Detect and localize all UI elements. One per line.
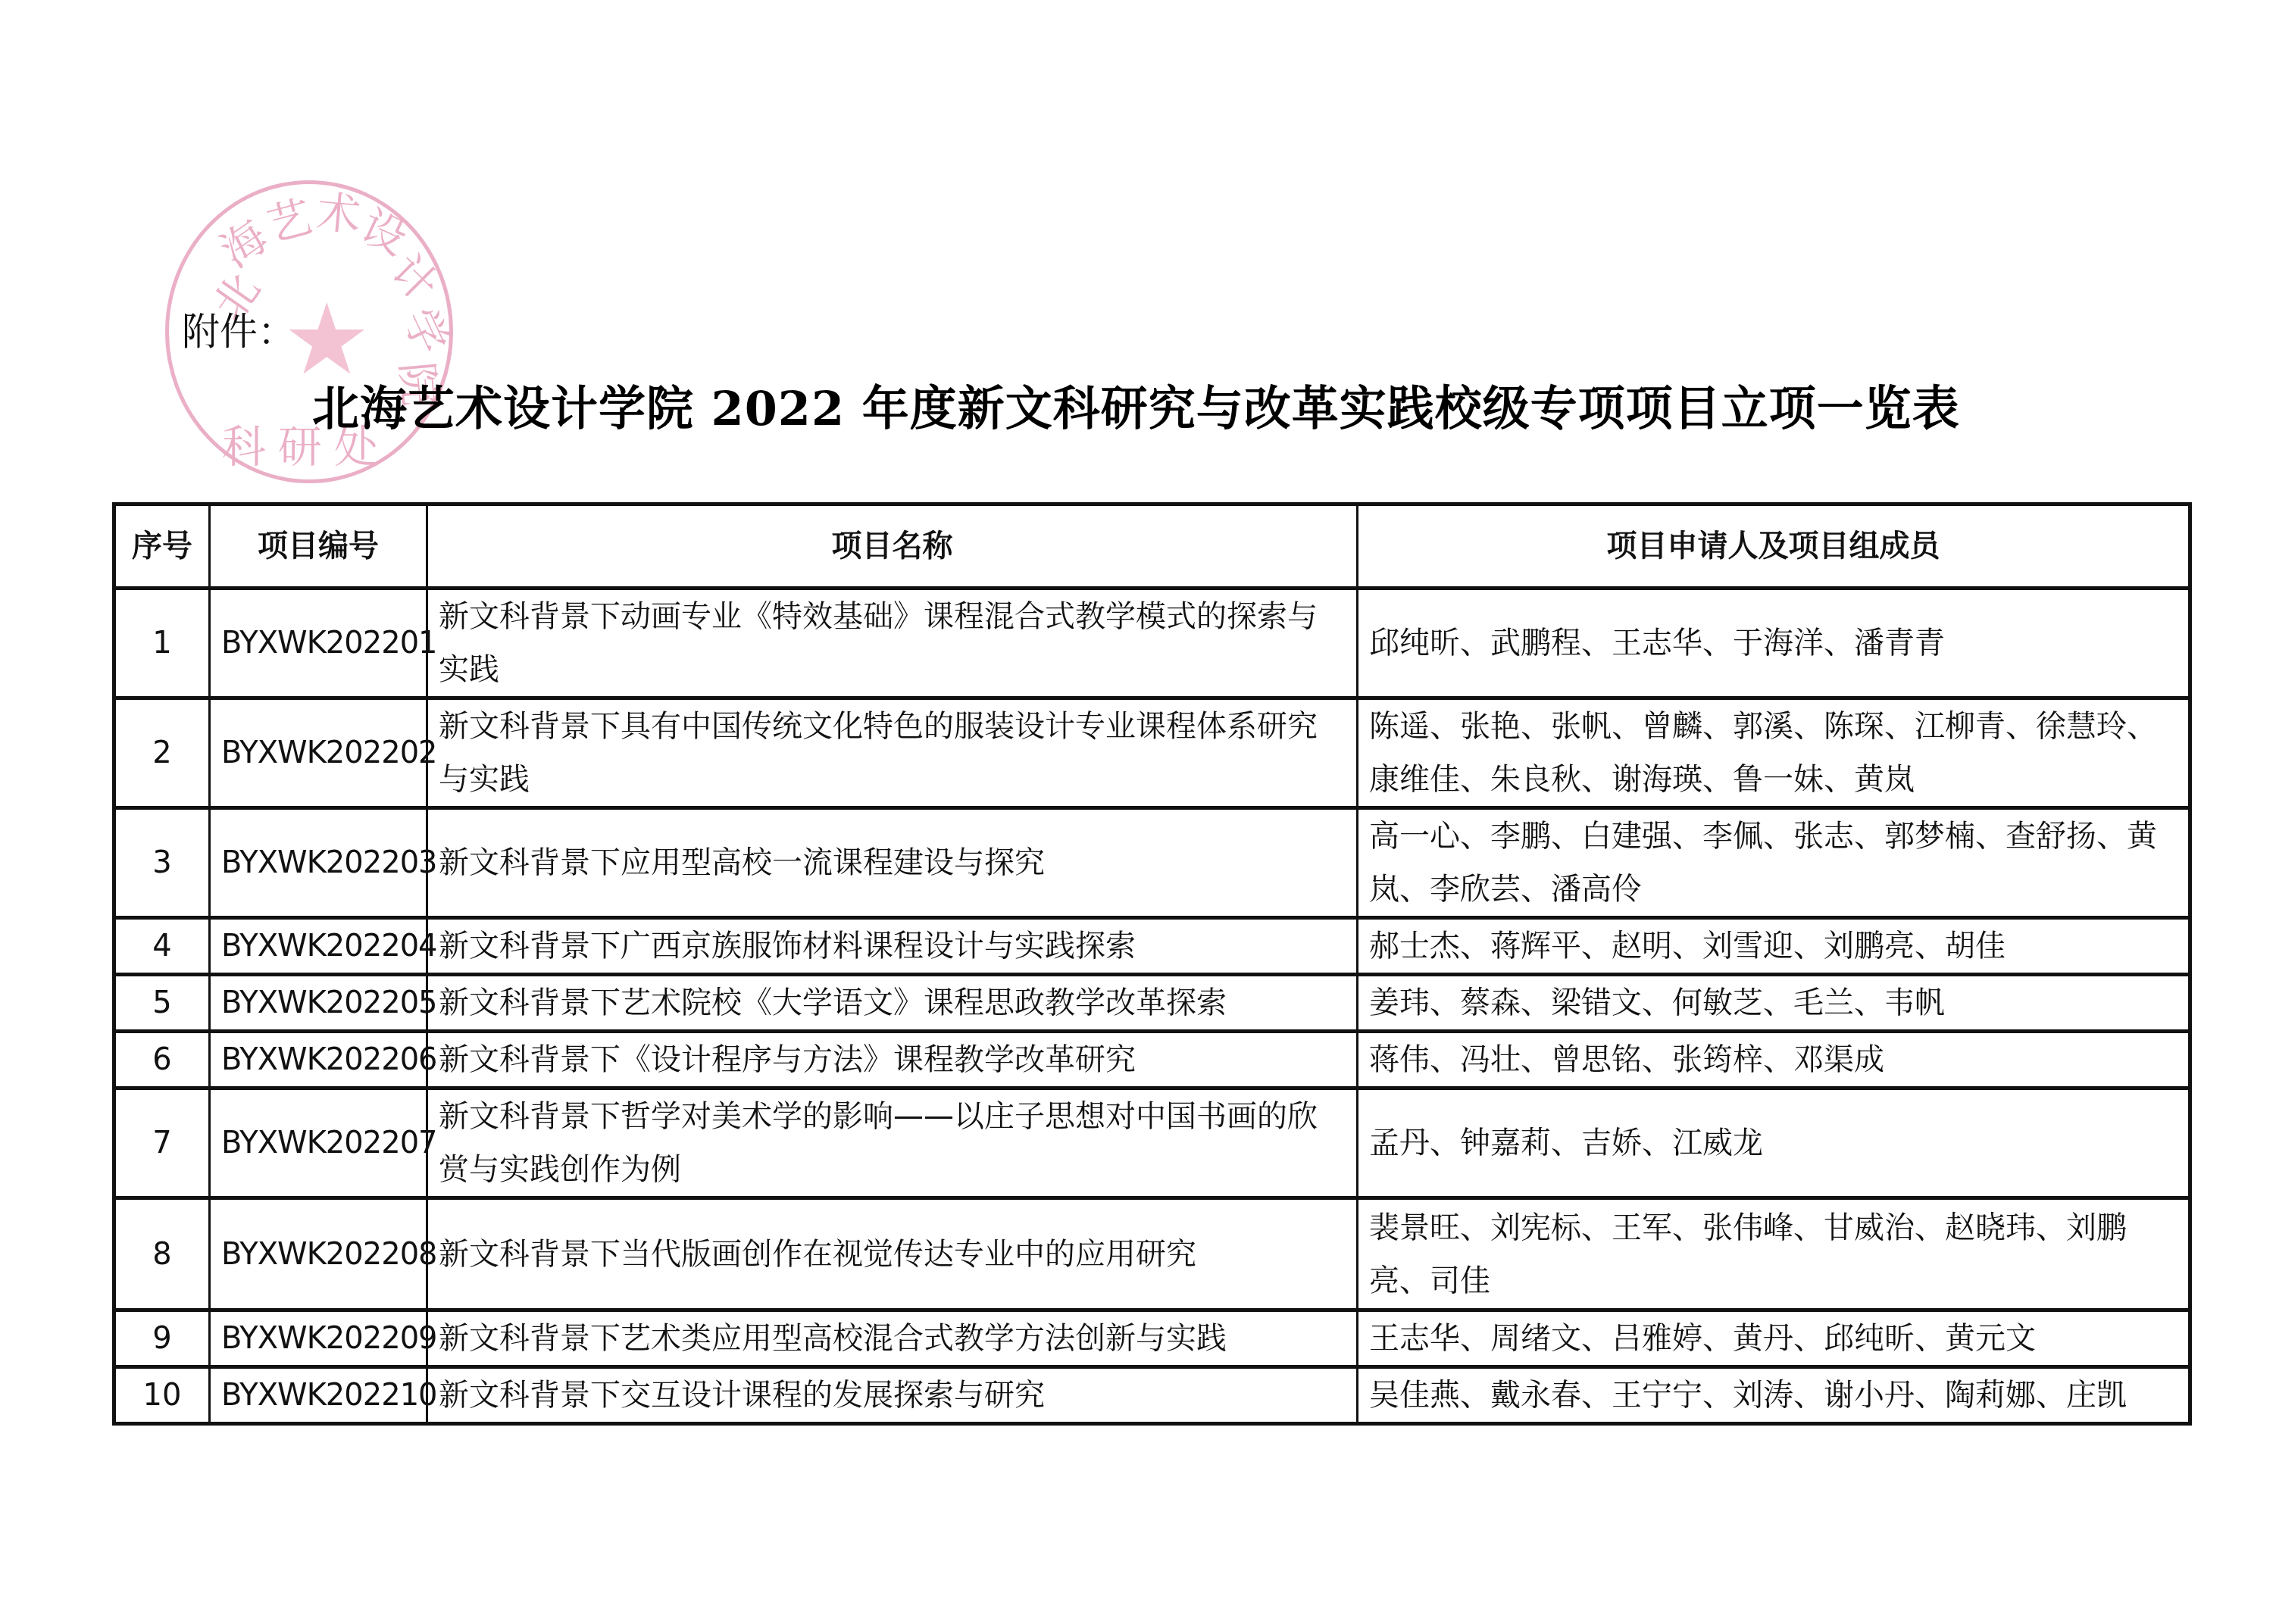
row-code: BYXWK202201: [210, 589, 427, 698]
table-row: 1 BYXWK202201 新文科背景下动画专业《特效基础》课程混合式教学模式的…: [114, 589, 2190, 698]
row-index: 10: [114, 1367, 210, 1424]
table-row: 5 BYXWK202205 新文科背景下艺术院校《大学语文》课程思政教学改革探索…: [114, 975, 2190, 1032]
table-row: 8 BYXWK202208 新文科背景下当代版画创作在视觉传达专业中的应用研究 …: [114, 1198, 2190, 1310]
row-members: 姜玮、蔡森、梁错文、何敏芝、毛兰、韦帆: [1358, 975, 2190, 1032]
table-row: 6 BYXWK202206 新文科背景下《设计程序与方法》课程教学改革研究 蒋伟…: [114, 1032, 2190, 1088]
row-code: BYXWK202207: [210, 1088, 427, 1198]
row-code: BYXWK202204: [210, 918, 427, 975]
row-members: 郝士杰、蒋辉平、赵明、刘雪迎、刘鹏亮、胡佳: [1358, 918, 2190, 975]
row-code: BYXWK202205: [210, 975, 427, 1032]
row-code: BYXWK202206: [210, 1032, 427, 1088]
row-index: 5: [114, 975, 210, 1032]
row-name: 新文科背景下哲学对美术学的影响——以庄子思想对中国书画的欣赏与实践创作为例: [427, 1088, 1358, 1198]
row-name: 新文科背景下交互设计课程的发展探索与研究: [427, 1367, 1358, 1424]
row-name: 新文科背景下应用型高校一流课程建设与探究: [427, 808, 1358, 918]
page-title: 北海艺术设计学院 2022 年度新文科研究与改革实践校级专项项目立项一览表: [312, 371, 1979, 439]
table-row: 4 BYXWK202204 新文科背景下广西京族服饰材料课程设计与实践探索 郝士…: [114, 918, 2190, 975]
row-name: 新文科背景下当代版画创作在视觉传达专业中的应用研究: [427, 1198, 1358, 1310]
row-members: 蒋伟、冯壮、曾思铭、张筠梓、邓渠成: [1358, 1032, 2190, 1088]
project-table: 序号 项目编号 项目名称 项目申请人及项目组成员 1 BYXWK202201 新…: [112, 502, 2192, 1426]
row-members: 裴景旺、刘宪标、王军、张伟峰、甘威治、赵晓玮、刘鹏亮、司佳: [1358, 1198, 2190, 1310]
row-members: 王志华、周绪文、吕雅婷、黄丹、邱纯昕、黄元文: [1358, 1310, 2190, 1367]
header-index: 序号: [114, 504, 210, 589]
table-row: 7 BYXWK202207 新文科背景下哲学对美术学的影响——以庄子思想对中国书…: [114, 1088, 2190, 1198]
table-header-row: 序号 项目编号 项目名称 项目申请人及项目组成员: [114, 504, 2190, 589]
table-row: 10 BYXWK202210 新文科背景下交互设计课程的发展探索与研究 吴佳燕、…: [114, 1367, 2190, 1424]
row-index: 1: [114, 589, 210, 698]
header-name: 项目名称: [427, 504, 1358, 589]
seal-char: 学: [396, 301, 455, 360]
row-code: BYXWK202209: [210, 1310, 427, 1367]
row-members: 高一心、李鹏、白建强、李佩、张志、郭梦楠、查舒扬、黄岚、李欣芸、潘高伶: [1358, 808, 2190, 918]
row-index: 8: [114, 1198, 210, 1310]
table-row: 3 BYXWK202203 新文科背景下应用型高校一流课程建设与探究 高一心、李…: [114, 808, 2190, 918]
row-index: 3: [114, 808, 210, 918]
seal-char: 海: [214, 214, 275, 275]
seal-char: 术: [315, 190, 363, 238]
row-code: BYXWK202210: [210, 1367, 427, 1424]
row-name: 新文科背景下具有中国传统文化特色的服装设计专业课程体系研究与实践: [427, 698, 1358, 808]
seal-char: 设: [355, 203, 413, 261]
table-row: 2 BYXWK202202 新文科背景下具有中国传统文化特色的服装设计专业课程体…: [114, 698, 2190, 808]
header-members: 项目申请人及项目组成员: [1358, 504, 2190, 589]
row-code: BYXWK202203: [210, 808, 427, 918]
seal-char: 艺: [262, 194, 316, 248]
row-index: 6: [114, 1032, 210, 1088]
row-index: 9: [114, 1310, 210, 1367]
attachment-label: 附件：: [182, 301, 295, 356]
row-name: 新文科背景下《设计程序与方法》课程教学改革研究: [427, 1032, 1358, 1088]
row-index: 2: [114, 698, 210, 808]
table-row: 9 BYXWK202209 新文科背景下艺术类应用型高校混合式教学方法创新与实践…: [114, 1310, 2190, 1367]
row-members: 邱纯昕、武鹏程、王志华、于海洋、潘青青: [1358, 589, 2190, 698]
row-code: BYXWK202202: [210, 698, 427, 808]
row-name: 新文科背景下艺术类应用型高校混合式教学方法创新与实践: [427, 1310, 1358, 1367]
row-index: 7: [114, 1088, 210, 1198]
row-members: 吴佳燕、戴永春、王宁宁、刘涛、谢小丹、陶莉娜、庄凯: [1358, 1367, 2190, 1424]
row-name: 新文科背景下广西京族服饰材料课程设计与实践探索: [427, 918, 1358, 975]
row-name: 新文科背景下艺术院校《大学语文》课程思政教学改革探索: [427, 975, 1358, 1032]
row-members: 陈遥、张艳、张帆、曾麟、郭溪、陈琛、江柳青、徐慧玲、康维佳、朱良秋、谢海瑛、鲁一…: [1358, 698, 2190, 808]
row-code: BYXWK202208: [210, 1198, 427, 1310]
header-code: 项目编号: [210, 504, 427, 589]
row-members: 孟丹、钟嘉莉、吉娇、江威龙: [1358, 1088, 2190, 1198]
row-index: 4: [114, 918, 210, 975]
row-name: 新文科背景下动画专业《特效基础》课程混合式教学模式的探索与实践: [427, 589, 1358, 698]
